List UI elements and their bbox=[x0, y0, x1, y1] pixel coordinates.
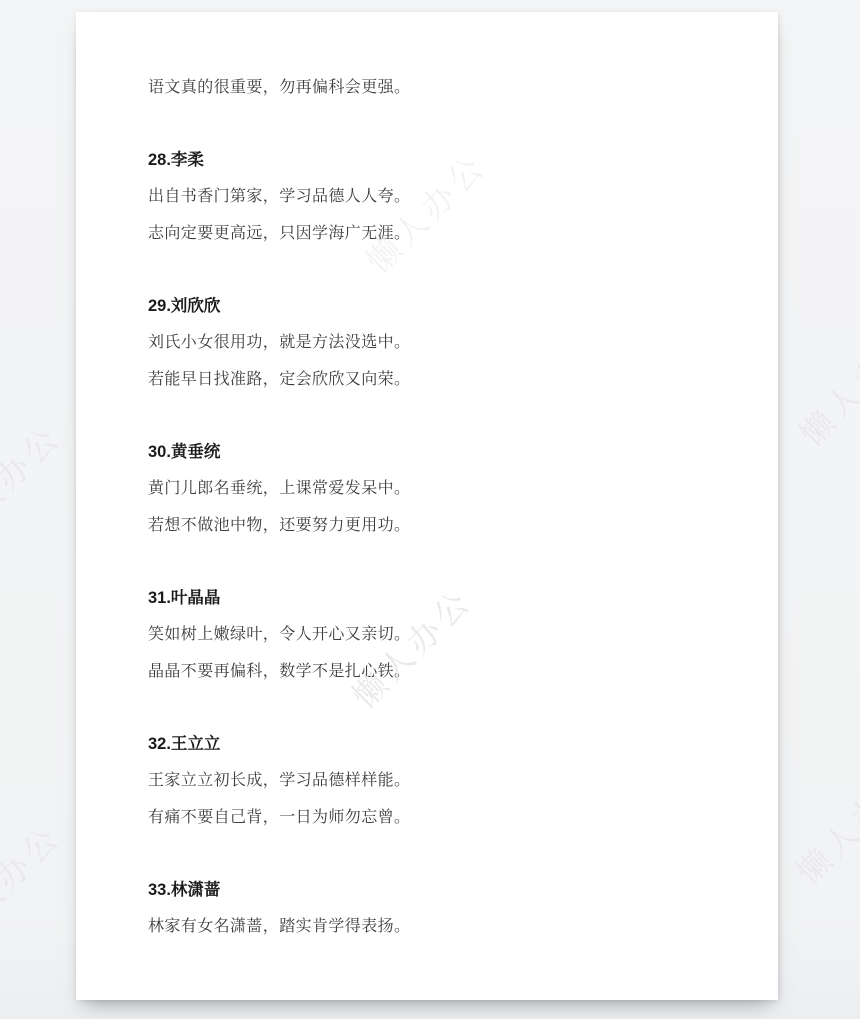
entry-heading: 31.叶晶晶 bbox=[148, 590, 738, 607]
watermark-text: 懒人办公 bbox=[785, 753, 860, 894]
poem-line: 刘氏小女很用功，就是方法没选中。 bbox=[148, 335, 738, 351]
entry: 28.李柔出自书香门第家，学习品德人人夸。志向定要更高远，只因学海广无涯。 bbox=[148, 152, 738, 242]
entry: 30.黄垂统黄门儿郎名垂统，上课常爱发呆中。若想不做池中物，还要努力更用功。 bbox=[148, 444, 738, 534]
poem-line: 出自书香门第家，学习品德人人夸。 bbox=[148, 189, 738, 205]
document-content: 语文真的很重要，勿再偏科会更强。 28.李柔出自书香门第家，学习品德人人夸。志向… bbox=[76, 12, 778, 935]
poem-line: 若想不做池中物，还要努力更用功。 bbox=[148, 518, 738, 534]
watermark-text: 懒人办公 bbox=[0, 813, 70, 954]
poem-line: 语文真的很重要，勿再偏科会更强。 bbox=[148, 80, 738, 96]
poem-line: 黄门儿郎名垂统，上课常爱发呆中。 bbox=[148, 481, 738, 497]
poem-line: 王家立立初长成，学习品德样样能。 bbox=[148, 773, 738, 789]
entries-list: 28.李柔出自书香门第家，学习品德人人夸。志向定要更高远，只因学海广无涯。29.… bbox=[148, 152, 738, 935]
entry-heading: 30.黄垂统 bbox=[148, 444, 738, 461]
document-viewer-background: 语文真的很重要，勿再偏科会更强。 28.李柔出自书香门第家，学习品德人人夸。志向… bbox=[0, 0, 860, 1019]
poem-line: 若能早日找准路，定会欣欣又向荣。 bbox=[148, 372, 738, 388]
entry: 31.叶晶晶笑如树上嫩绿叶，令人开心又亲切。晶晶不要再偏科，数学不是扎心铁。 bbox=[148, 590, 738, 680]
watermark-text: 懒人办公 bbox=[0, 413, 70, 554]
entry-heading: 32.王立立 bbox=[148, 736, 738, 753]
entry: 33.林潇蔷林家有女名潇蔷，踏实肯学得表扬。 bbox=[148, 882, 738, 935]
poem-line: 有痛不要自己背，一日为师勿忘曾。 bbox=[148, 810, 738, 826]
poem-line: 笑如树上嫩绿叶，令人开心又亲切。 bbox=[148, 627, 738, 643]
entry-heading: 33.林潇蔷 bbox=[148, 882, 738, 899]
entry-heading: 28.李柔 bbox=[148, 152, 738, 169]
entry: 32.王立立王家立立初长成，学习品德样样能。有痛不要自己背，一日为师勿忘曾。 bbox=[148, 736, 738, 826]
entry: 29.刘欣欣刘氏小女很用功，就是方法没选中。若能早日找准路，定会欣欣又向荣。 bbox=[148, 298, 738, 388]
poem-line: 志向定要更高远，只因学海广无涯。 bbox=[148, 226, 738, 242]
entry-heading: 29.刘欣欣 bbox=[148, 298, 738, 315]
poem-line: 林家有女名潇蔷，踏实肯学得表扬。 bbox=[148, 919, 738, 935]
document-page: 语文真的很重要，勿再偏科会更强。 28.李柔出自书香门第家，学习品德人人夸。志向… bbox=[76, 12, 778, 1000]
watermark-text: 懒人办公 bbox=[788, 315, 860, 456]
poem-line: 晶晶不要再偏科，数学不是扎心铁。 bbox=[148, 664, 738, 680]
